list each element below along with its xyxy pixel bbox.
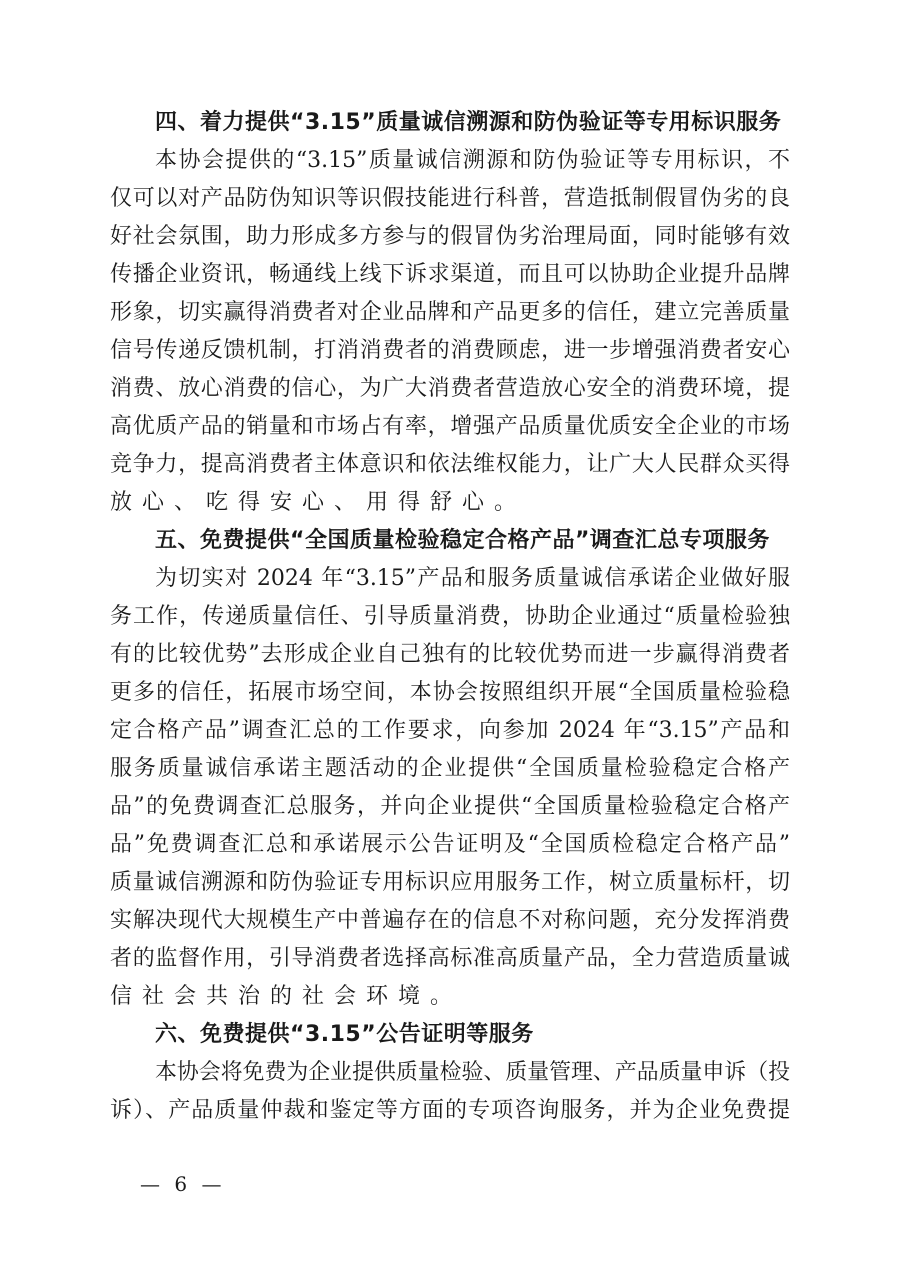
document-page: 四、着力提供“3.15”质量诚信溯源和防伪验证等专用标识服务 本协会提供的“3.…: [110, 104, 790, 1130]
paragraph-line: 信号传递反馈机制，打消消费者的消费顾虑，进一步增强消费者安心: [110, 332, 790, 370]
section-heading-5: 五、免费提供“全国质量检验稳定合格产品”调查汇总专项服务: [110, 522, 790, 560]
paragraph-line: 传播企业资讯，畅通线上线下诉求渠道，而且可以协助企业提升品牌: [110, 256, 790, 294]
section-heading-6: 六、免费提供“3.15”公告证明等服务: [110, 1016, 790, 1054]
paragraph-line: 质量诚信溯源和防伪验证专用标识应用服务工作，树立质量标杆，切: [110, 864, 790, 902]
section-heading-4: 四、着力提供“3.15”质量诚信溯源和防伪验证等专用标识服务: [110, 104, 790, 142]
paragraph-line: 定合格产品”调查汇总的工作要求，向参加 2024 年“3.15”产品和: [110, 712, 790, 750]
paragraph-line: 实解决现代大规模生产中普遍存在的信息不对称问题，充分发挥消费: [110, 902, 790, 940]
paragraph-line: 服务质量诚信承诺主题活动的企业提供“全国质量检验稳定合格产: [110, 750, 790, 788]
paragraph-line: 消费、放心消费的信心，为广大消费者营造放心安全的消费环境，提: [110, 370, 790, 408]
paragraph-line: 务工作，传递质量信任、引导质量消费，协助企业通过“质量检验独: [110, 598, 790, 636]
paragraph-line: 品”的免费调查汇总服务，并向企业提供“全国质量检验稳定合格产: [110, 788, 790, 826]
paragraph-line: 信社会共治的社会环境。: [110, 978, 790, 1016]
page-number: — 6 —: [140, 1172, 225, 1196]
paragraph-line: 更多的信任，拓展市场空间，本协会按照组织开展“全国质量检验稳: [110, 674, 790, 712]
paragraph-line: 本协会将免费为企业提供质量检验、质量管理、产品质量申诉（投: [110, 1054, 790, 1092]
paragraph-line: 形象，切实赢得消费者对企业品牌和产品更多的信任，建立完善质量: [110, 294, 790, 332]
paragraph-line: 本协会提供的“3.15”质量诚信溯源和防伪验证等专用标识，不: [110, 142, 790, 180]
paragraph-line: 有的比较优势”去形成企业自己独有的比较优势而进一步赢得消费者: [110, 636, 790, 674]
paragraph-line: 仅可以对产品防伪知识等识假技能进行科普，营造抵制假冒伪劣的良: [110, 180, 790, 218]
paragraph-line: 为切实对 2024 年“3.15”产品和服务质量诚信承诺企业做好服: [110, 560, 790, 598]
paragraph-line: 竞争力，提高消费者主体意识和依法维权能力，让广大人民群众买得: [110, 446, 790, 484]
paragraph-line: 好社会氛围，助力形成多方参与的假冒伪劣治理局面，同时能够有效: [110, 218, 790, 256]
paragraph-line: 放心、吃得安心、用得舒心。: [110, 484, 790, 522]
paragraph-line: 者的监督作用，引导消费者选择高标准高质量产品，全力营造质量诚: [110, 940, 790, 978]
paragraph-line: 高优质产品的销量和市场占有率，增强产品质量优质安全企业的市场: [110, 408, 790, 446]
paragraph-line: 品”免费调查汇总和承诺展示公告证明及“全国质检稳定合格产品”: [110, 826, 790, 864]
paragraph-line: 诉）、产品质量仲裁和鉴定等方面的专项咨询服务，并为企业免费提: [110, 1092, 790, 1130]
